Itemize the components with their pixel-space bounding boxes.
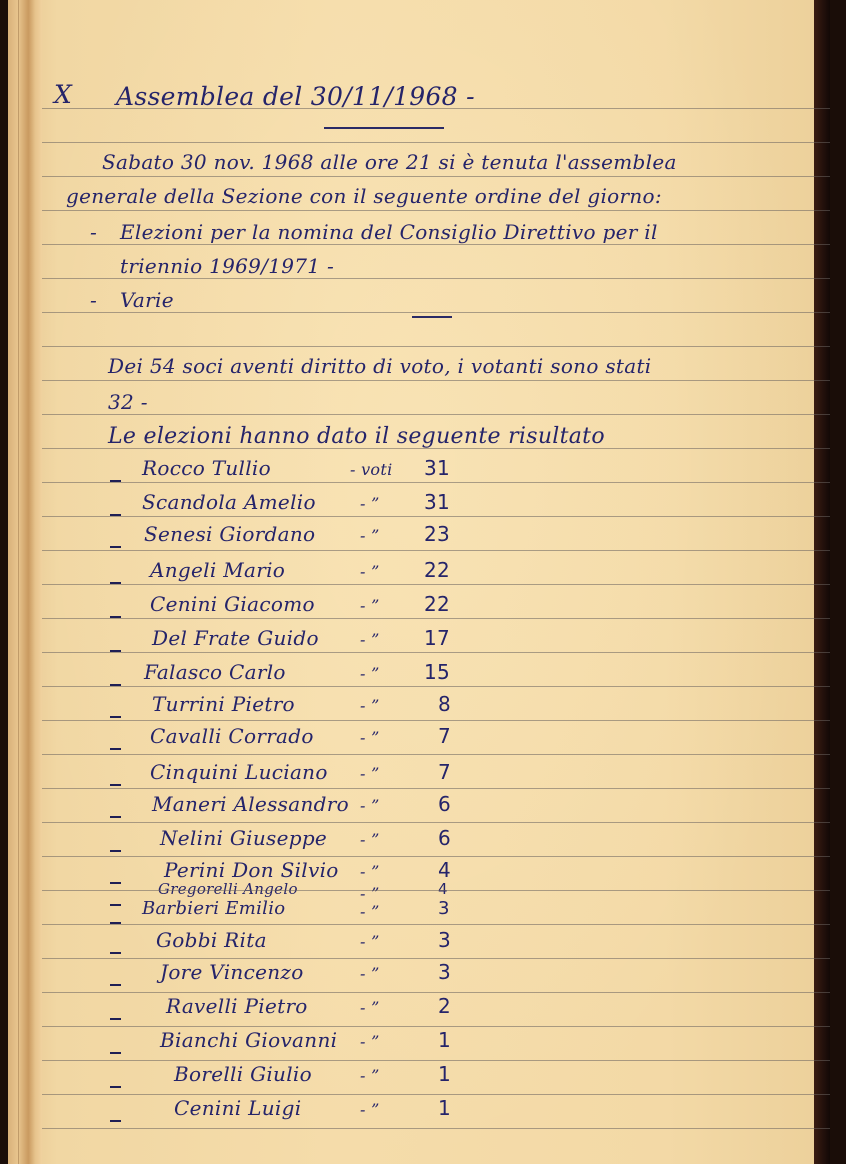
rule-line bbox=[42, 822, 830, 823]
list-dash bbox=[110, 546, 121, 548]
rule-line bbox=[42, 346, 830, 347]
candidate-votes: 3 bbox=[438, 898, 450, 919]
agenda-bullet-2: - bbox=[90, 288, 97, 312]
voters-line-1: Dei 54 soci aventi diritto di voto, i vo… bbox=[108, 354, 652, 378]
rule-line bbox=[42, 584, 830, 585]
candidate-votes: 23 bbox=[424, 522, 450, 546]
ditto-mark: - ” bbox=[360, 664, 380, 683]
candidate-name: Barbieri Emilio bbox=[142, 898, 285, 919]
rule-line bbox=[42, 924, 830, 925]
page-edge-shadow bbox=[814, 0, 830, 1164]
list-dash bbox=[110, 748, 121, 750]
rule-line bbox=[42, 1094, 830, 1095]
candidate-name: Falasco Carlo bbox=[144, 660, 286, 684]
rule-line bbox=[42, 516, 830, 517]
candidate-votes: 31 bbox=[424, 456, 450, 480]
candidate-name: Senesi Giordano bbox=[144, 522, 315, 546]
candidate-name: Maneri Alessandro bbox=[152, 792, 349, 816]
list-dash bbox=[110, 1052, 121, 1054]
ditto-mark: - ” bbox=[360, 902, 380, 921]
candidate-name: Del Frate Guido bbox=[152, 626, 319, 650]
ditto-mark: - ” bbox=[360, 1066, 380, 1085]
ditto-mark: - ” bbox=[360, 630, 380, 649]
ditto-mark: - ” bbox=[360, 796, 380, 815]
rule-line bbox=[42, 448, 830, 449]
candidate-votes: 4 bbox=[438, 858, 451, 882]
ditto-mark: - ” bbox=[360, 932, 380, 951]
ditto-mark: - ” bbox=[360, 998, 380, 1017]
candidate-name: Cenini Giacomo bbox=[150, 592, 315, 616]
candidate-name: Cavalli Corrado bbox=[150, 724, 314, 748]
rule-line bbox=[42, 992, 830, 993]
rule-line bbox=[42, 856, 830, 857]
rule-line bbox=[42, 686, 830, 687]
results-intro: Le elezioni hanno dato il seguente risul… bbox=[108, 424, 605, 449]
rule-line bbox=[42, 278, 830, 279]
cross-mark: X bbox=[54, 80, 72, 109]
ditto-mark: - ” bbox=[360, 562, 380, 581]
list-dash bbox=[110, 952, 121, 954]
candidate-votes: 6 bbox=[438, 826, 451, 850]
candidate-votes: 7 bbox=[438, 760, 451, 784]
candidate-votes: 22 bbox=[424, 558, 450, 582]
ditto-mark: - ” bbox=[360, 884, 380, 903]
ditto-mark: - ” bbox=[360, 696, 380, 715]
candidate-name: Cinquini Luciano bbox=[150, 760, 328, 784]
list-dash bbox=[110, 716, 121, 718]
agenda-bullet-1: - bbox=[90, 220, 97, 244]
candidate-votes: 4 bbox=[438, 880, 448, 898]
candidate-name: Bianchi Giovanni bbox=[160, 1028, 337, 1052]
rule-line bbox=[42, 890, 830, 891]
rule-line bbox=[42, 618, 830, 619]
rule-line bbox=[42, 550, 830, 551]
title-underline bbox=[324, 127, 444, 129]
ditto-mark: - ” bbox=[360, 764, 380, 783]
rule-line bbox=[42, 720, 830, 721]
candidate-votes: 7 bbox=[438, 724, 451, 748]
list-dash bbox=[110, 850, 121, 852]
candidate-votes: 8 bbox=[438, 692, 451, 716]
list-dash bbox=[110, 1018, 121, 1020]
candidate-votes: 31 bbox=[424, 490, 450, 514]
notebook-page: X Assemblea del 30/11/1968 - Sabato 30 n… bbox=[8, 0, 830, 1164]
candidate-votes: 3 bbox=[438, 960, 451, 984]
rule-line bbox=[42, 958, 830, 959]
rule-line bbox=[42, 142, 830, 143]
ditto-mark: - ” bbox=[360, 494, 380, 513]
ditto-mark: - ” bbox=[360, 1032, 380, 1051]
rule-line bbox=[42, 1128, 830, 1129]
candidate-votes: 1 bbox=[438, 1096, 451, 1120]
ditto-mark: - ” bbox=[360, 862, 380, 881]
rule-line bbox=[42, 788, 830, 789]
list-dash bbox=[110, 904, 121, 906]
candidate-name: Gobbi Rita bbox=[156, 928, 267, 952]
candidate-name: Angeli Mario bbox=[150, 558, 285, 582]
rule-line bbox=[42, 482, 830, 483]
agenda-item-1-continued: triennio 1969/1971 - bbox=[120, 254, 334, 278]
list-dash bbox=[110, 984, 121, 986]
rule-line bbox=[42, 652, 830, 653]
rule-line bbox=[42, 312, 830, 313]
list-dash bbox=[110, 816, 121, 818]
rule-line bbox=[42, 414, 830, 415]
rule-line bbox=[42, 1060, 830, 1061]
page-title: Assemblea del 30/11/1968 - bbox=[116, 82, 475, 111]
candidate-name: Gregorelli Angelo bbox=[158, 880, 298, 898]
rule-line bbox=[42, 380, 830, 381]
candidate-votes: 3 bbox=[438, 928, 451, 952]
ditto-mark: - ” bbox=[360, 526, 380, 545]
intro-line-1: Sabato 30 nov. 1968 alle ore 21 si è ten… bbox=[102, 150, 677, 174]
ditto-mark: - ” bbox=[360, 596, 380, 615]
list-dash bbox=[110, 882, 121, 884]
ditto-mark: - ” bbox=[360, 830, 380, 849]
candidate-votes: 17 bbox=[424, 626, 450, 650]
rule-line bbox=[42, 210, 830, 211]
ditto-mark: - ” bbox=[360, 728, 380, 747]
intro-line-2: generale della Sezione con il seguente o… bbox=[66, 184, 662, 208]
voters-line-2: 32 - bbox=[108, 390, 148, 414]
candidate-name: Scandola Amelio bbox=[142, 490, 316, 514]
candidate-votes: 15 bbox=[424, 660, 450, 684]
candidate-votes: 1 bbox=[438, 1028, 451, 1052]
candidate-votes: 22 bbox=[424, 592, 450, 616]
section-divider bbox=[412, 316, 452, 318]
rule-line bbox=[42, 108, 830, 109]
ditto-mark: - ” bbox=[360, 964, 380, 983]
rule-line bbox=[42, 244, 830, 245]
ditto-mark: - ” bbox=[360, 1100, 380, 1119]
candidate-name: Borelli Giulio bbox=[174, 1062, 312, 1086]
candidate-name: Ravelli Pietro bbox=[166, 994, 308, 1018]
candidate-name: Nelini Giuseppe bbox=[160, 826, 327, 850]
list-dash bbox=[110, 1120, 121, 1122]
agenda-item-1: Elezioni per la nomina del Consiglio Dir… bbox=[120, 220, 658, 244]
candidate-votes: 2 bbox=[438, 994, 451, 1018]
candidate-name: Rocco Tullio bbox=[142, 456, 271, 480]
page-binding-edge bbox=[8, 0, 42, 1164]
list-dash bbox=[110, 1086, 121, 1088]
list-dash bbox=[110, 784, 121, 786]
agenda-item-2: Varie bbox=[120, 288, 174, 312]
rule-line bbox=[42, 176, 830, 177]
candidate-name: Turrini Pietro bbox=[152, 692, 295, 716]
rule-line bbox=[42, 1026, 830, 1027]
candidate-votes: 1 bbox=[438, 1062, 451, 1086]
votes-label: - voti bbox=[350, 460, 393, 479]
candidate-name: Cenini Luigi bbox=[174, 1096, 301, 1120]
candidate-name: Jore Vincenzo bbox=[160, 960, 304, 984]
rule-line bbox=[42, 754, 830, 755]
candidate-name: Perini Don Silvio bbox=[164, 858, 339, 882]
candidate-votes: 6 bbox=[438, 792, 451, 816]
